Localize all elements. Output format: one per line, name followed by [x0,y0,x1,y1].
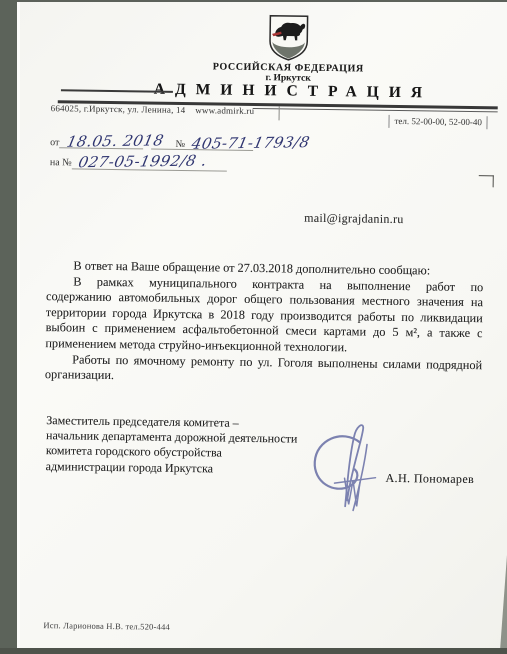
letterhead-phone: тел. 52-00-00, 52-00-40 [388,115,488,129]
letterhead-address-row: 664025, г.Иркутск, ул. Ленина, 14 www.ad… [51,103,255,116]
handwritten-signature [307,420,384,517]
signer-position-block: Заместитель председателя комитета – нача… [46,413,347,478]
signer-position-line: администрации города Иркутска [46,459,346,478]
signer-name: А.Н. Пономарев [385,471,474,487]
letterhead-website: www.admirk.ru [195,105,254,116]
ref-reply-label: на № [50,157,72,168]
header-rule-left [61,89,173,93]
letter-content: РОССИЙСКАЯ ФЕДЕРАЦИЯ г. Иркутск АДМИНИСТ… [0,0,507,654]
recipient-email: mail@igrajdanin.ru [304,211,404,227]
letterhead-org-title: АДМИНИСТРАЦИЯ [138,80,448,102]
letterhead-address: 664025, г.Иркутск, ул. Ленина, 14 [51,103,186,115]
irkutsk-coat-of-arms-icon [267,13,310,62]
ref-from-row: от 18.05. 2018 № 405-71-1793/8 [50,131,309,154]
ref-from-label: от [50,137,59,148]
babr-emblem-icon [267,13,310,62]
letter-body: В ответ на Ваше обращение от 27.03.2018 … [45,258,484,389]
addressee-corner-mark [479,175,494,187]
scanned-letter-page: РОССИЙСКАЯ ФЕДЕРАЦИЯ г. Иркутск АДМИНИСТ… [0,0,507,654]
address-separator-bar [279,106,280,120]
executor-note: Исп. Ларионова Н.В. тел.520-444 [43,620,170,632]
